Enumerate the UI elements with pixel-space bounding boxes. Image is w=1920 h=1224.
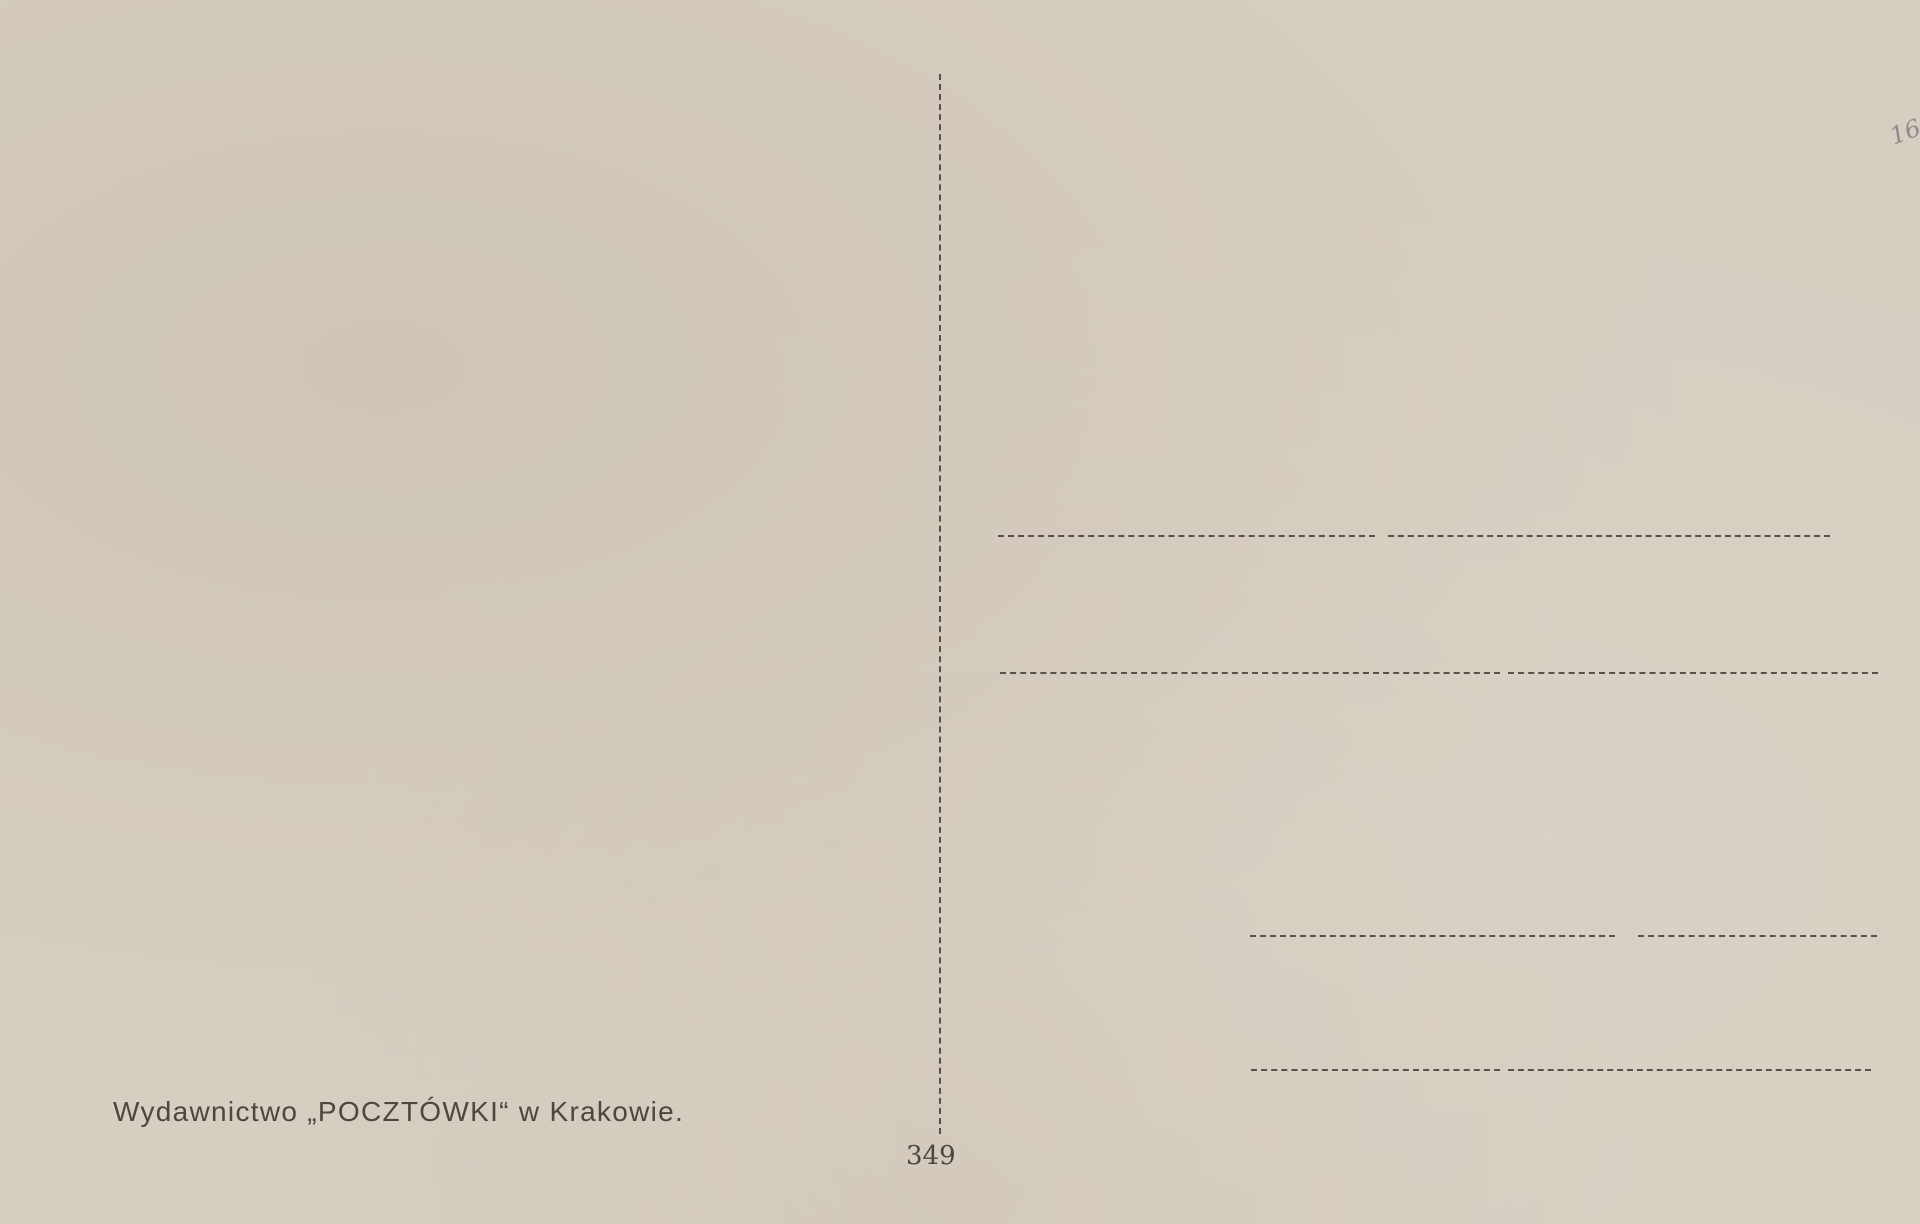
address-line-4a xyxy=(1251,1069,1500,1071)
card-number: 349 xyxy=(906,1141,956,1171)
address-line-3b xyxy=(1638,935,1877,937)
address-line-3a xyxy=(1250,935,1615,937)
publisher-imprint: Wydawnictwo „POCZTÓWKI“ w Krakowie. xyxy=(113,1096,684,1128)
address-line-2b xyxy=(1508,672,1878,674)
address-line-4b xyxy=(1508,1069,1871,1071)
pencil-mark: 16 xyxy=(1886,114,1920,151)
address-line-2a xyxy=(1000,672,1500,674)
divider-line xyxy=(939,74,941,1134)
address-line-1b xyxy=(1388,535,1830,537)
address-line-1a xyxy=(998,535,1375,537)
